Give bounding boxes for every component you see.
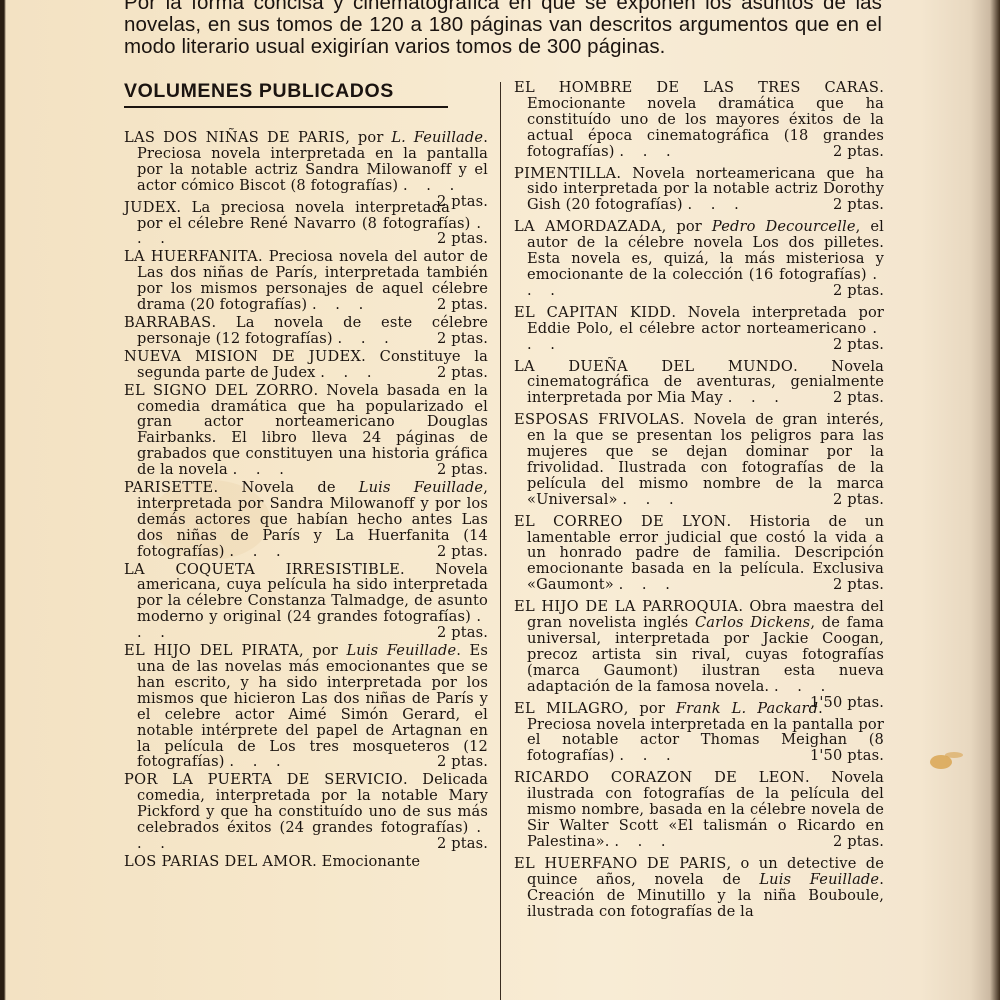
- intro-paragraph: Por la forma concisa y cinematográfica e…: [124, 0, 882, 58]
- volume-author: Luis Feuillade: [346, 642, 456, 659]
- volume-sep: .: [361, 348, 379, 365]
- volume-sep: , por: [299, 642, 346, 659]
- volume-author: Luis Feuillade: [759, 871, 879, 888]
- volume-entry: LA COQUETA IRRESISTIBLE. Novela american…: [124, 562, 488, 642]
- right-column: EL HOMBRE DE LAS TRES CARAS. Emocionante…: [514, 80, 884, 925]
- volume-price: 2 ptas.: [846, 492, 884, 508]
- leader-dots: . . .: [619, 576, 677, 593]
- volume-entry: JUDEX. La preciosa novela interpretada p…: [124, 200, 488, 248]
- volume-title: EL HIJO DEL PIRATA: [124, 642, 299, 659]
- volume-sep: .: [400, 561, 435, 578]
- volume-price: 2 ptas.: [846, 834, 884, 850]
- volume-entry: POR LA PUERTA DE SERVICIO. Delicada come…: [124, 772, 488, 852]
- volume-sep: .: [879, 79, 884, 96]
- volume-sep: .: [211, 314, 235, 331]
- volume-title: RICARDO CORAZON DE LEON: [514, 769, 805, 786]
- volume-price: 2 ptas.: [846, 197, 884, 213]
- volume-title: ESPOSAS FRIVOLAS: [514, 411, 680, 428]
- leader-dots: . . .: [320, 364, 378, 381]
- volume-title: LA AMORDAZADA: [514, 218, 662, 235]
- volume-sep: .: [680, 411, 694, 428]
- volume-sep: . Novela de: [214, 479, 359, 496]
- volume-entry: LAS DOS NIÑAS DE PARIS, por L. Feuillade…: [124, 130, 488, 194]
- volume-price: 2 ptas.: [450, 836, 488, 852]
- volume-entry: EL SIGNO DEL ZORRO. Novela basada en la …: [124, 383, 488, 478]
- volume-entry: EL HOMBRE DE LAS TRES CARAS. Emocionante…: [514, 80, 884, 160]
- leader-dots: . . .: [229, 543, 287, 560]
- volume-entry: LA HUERFANITA. Preciosa novela del autor…: [124, 249, 488, 313]
- section-title: VOLUMENES PUBLICADOS: [124, 80, 448, 108]
- volume-title: EL CAPITAN KIDD: [514, 304, 671, 321]
- volume-sep: .: [671, 304, 687, 321]
- volume-title: NUEVA MISION DE JUDEX: [124, 348, 361, 365]
- volume-sep: .: [793, 358, 831, 375]
- leader-dots: . . .: [688, 196, 746, 213]
- volume-title: POR LA PUERTA DE SERVICIO: [124, 771, 403, 788]
- leader-dots: . . .: [622, 491, 680, 508]
- volume-entry: BARRABAS. La novela de este célebre pers…: [124, 315, 488, 347]
- volume-price: 2 ptas.: [450, 297, 488, 313]
- volume-sep: , por: [345, 129, 391, 146]
- volume-entry: EL HIJO DE LA PARROQUIA. Obra maestra de…: [514, 599, 884, 694]
- volume-entry: PIMENTILLA. Novela norteamericana que ha…: [514, 166, 884, 214]
- volume-title: LAS DOS NIÑAS DE PARIS: [124, 129, 345, 146]
- leader-dots: . . .: [614, 833, 672, 850]
- volume-price: 2 ptas.: [450, 231, 488, 247]
- volume-entry: EL CORREO DE LYON. Historia de un lament…: [514, 514, 884, 594]
- leader-dots: . . .: [233, 461, 291, 478]
- volume-sep: .: [313, 382, 326, 399]
- volume-author: Carlos Dickens: [695, 614, 810, 631]
- volume-title: LA DUEÑA DEL MUNDO: [514, 358, 793, 375]
- volume-entry: EL CAPITAN KIDD. Novela interpretada por…: [514, 305, 884, 353]
- volume-price: 2 ptas.: [846, 390, 884, 406]
- volume-price: 2 ptas.: [450, 462, 488, 478]
- volume-sep: , por: [662, 218, 712, 235]
- volume-title: BARRABAS: [124, 314, 211, 331]
- volume-entry: RICARDO CORAZON DE LEON. Novela ilustrad…: [514, 770, 884, 850]
- volume-author: L. Feuillade: [391, 129, 483, 146]
- leader-dots: . . .: [619, 143, 677, 160]
- volume-entry: EL HIJO DEL PIRATA, por Luis Feuillade. …: [124, 643, 488, 770]
- volume-title: LA HUERFANITA: [124, 248, 258, 265]
- volume-sep: .: [616, 165, 632, 182]
- volume-description: . Es una de las novelas más emocionantes…: [137, 642, 488, 770]
- volume-sep: , por: [624, 700, 676, 717]
- volume-title: PARISETTE: [124, 479, 214, 496]
- volume-price: 2 ptas.: [450, 194, 488, 210]
- volume-sep: .: [312, 853, 322, 870]
- intro-text: Por la forma concisa y cinematográfica e…: [124, 0, 882, 58]
- volume-description: Emocionante: [322, 853, 421, 870]
- volume-sep: .: [726, 513, 749, 530]
- paper-stain: [930, 755, 952, 769]
- volume-description: Emocionante novela dramática que ha cons…: [527, 95, 884, 160]
- leader-dots: . . .: [728, 389, 786, 406]
- volume-price: 2 ptas.: [450, 331, 488, 347]
- volume-sep: .: [805, 769, 831, 786]
- volume-title: EL HIJO DE LA PARROQUIA: [514, 598, 738, 615]
- volume-list-right: EL HOMBRE DE LAS TRES CARAS. Emocionante…: [514, 80, 884, 919]
- volume-price: 2 ptas.: [450, 625, 488, 641]
- volume-list-left: LAS DOS NIÑAS DE PARIS, por L. Feuillade…: [124, 130, 488, 870]
- leader-dots: . . .: [403, 177, 461, 194]
- volume-author: Luis Feuillade: [359, 479, 483, 496]
- volume-entry: LA DUEÑA DEL MUNDO. Novela cinematográfi…: [514, 359, 884, 407]
- volume-title: JUDEX: [124, 199, 176, 216]
- leader-dots: . . .: [619, 747, 677, 764]
- volume-sep: .: [258, 248, 269, 265]
- volume-title: EL HOMBRE DE LAS TRES CARAS: [514, 79, 879, 96]
- paper-stain: [945, 752, 963, 758]
- volume-price: 2 ptas.: [846, 144, 884, 160]
- volume-title: EL MILAGRO: [514, 700, 624, 717]
- volume-title: EL CORREO DE LYON: [514, 513, 726, 530]
- volume-title: EL SIGNO DEL ZORRO: [124, 382, 313, 399]
- volume-entry: NUEVA MISION DE JUDEX. Constituye la seg…: [124, 349, 488, 381]
- volume-entry: LA AMORDAZADA, por Pedro Decourcelle, el…: [514, 219, 884, 299]
- leader-dots: . . .: [338, 330, 396, 347]
- volume-price: 2 ptas.: [846, 577, 884, 593]
- volume-title: LA COQUETA IRRESISTIBLE: [124, 561, 400, 578]
- volume-price: 2 ptas.: [450, 365, 488, 381]
- leader-dots: . . .: [229, 753, 287, 770]
- volume-price: 1'50 ptas.: [823, 748, 884, 764]
- volume-entry: PARISETTE. Novela de Luis Feuillade, int…: [124, 480, 488, 560]
- volume-title: PIMENTILLA: [514, 165, 616, 182]
- volume-sep: .: [176, 199, 191, 216]
- volume-price: 2 ptas.: [450, 754, 488, 770]
- volume-price: 2 ptas.: [846, 283, 884, 299]
- volume-price: 2 ptas.: [450, 544, 488, 560]
- volume-entry: ESPOSAS FRIVOLAS. Novela de gran interés…: [514, 412, 884, 507]
- volume-title: EL HUERFANO DE PARIS: [514, 855, 727, 872]
- volume-author: Pedro Decourcelle: [712, 218, 856, 235]
- volume-entry: EL HUERFANO DE PARIS, o un detective de …: [514, 856, 884, 920]
- volume-author: Frank L. Packard: [676, 700, 818, 717]
- volume-sep: .: [403, 771, 422, 788]
- column-divider: [500, 82, 501, 1000]
- volume-price: 1'50 ptas.: [823, 695, 884, 711]
- volume-title: LOS PARIAS DEL AMOR: [124, 853, 312, 870]
- volume-price: 2 ptas.: [846, 337, 884, 353]
- leader-dots: . . .: [774, 678, 832, 695]
- volume-entry: LOS PARIAS DEL AMOR. Emocionante: [124, 854, 488, 870]
- left-column: VOLUMENES PUBLICADOS LAS DOS NIÑAS DE PA…: [124, 80, 488, 872]
- leader-dots: . . .: [312, 296, 370, 313]
